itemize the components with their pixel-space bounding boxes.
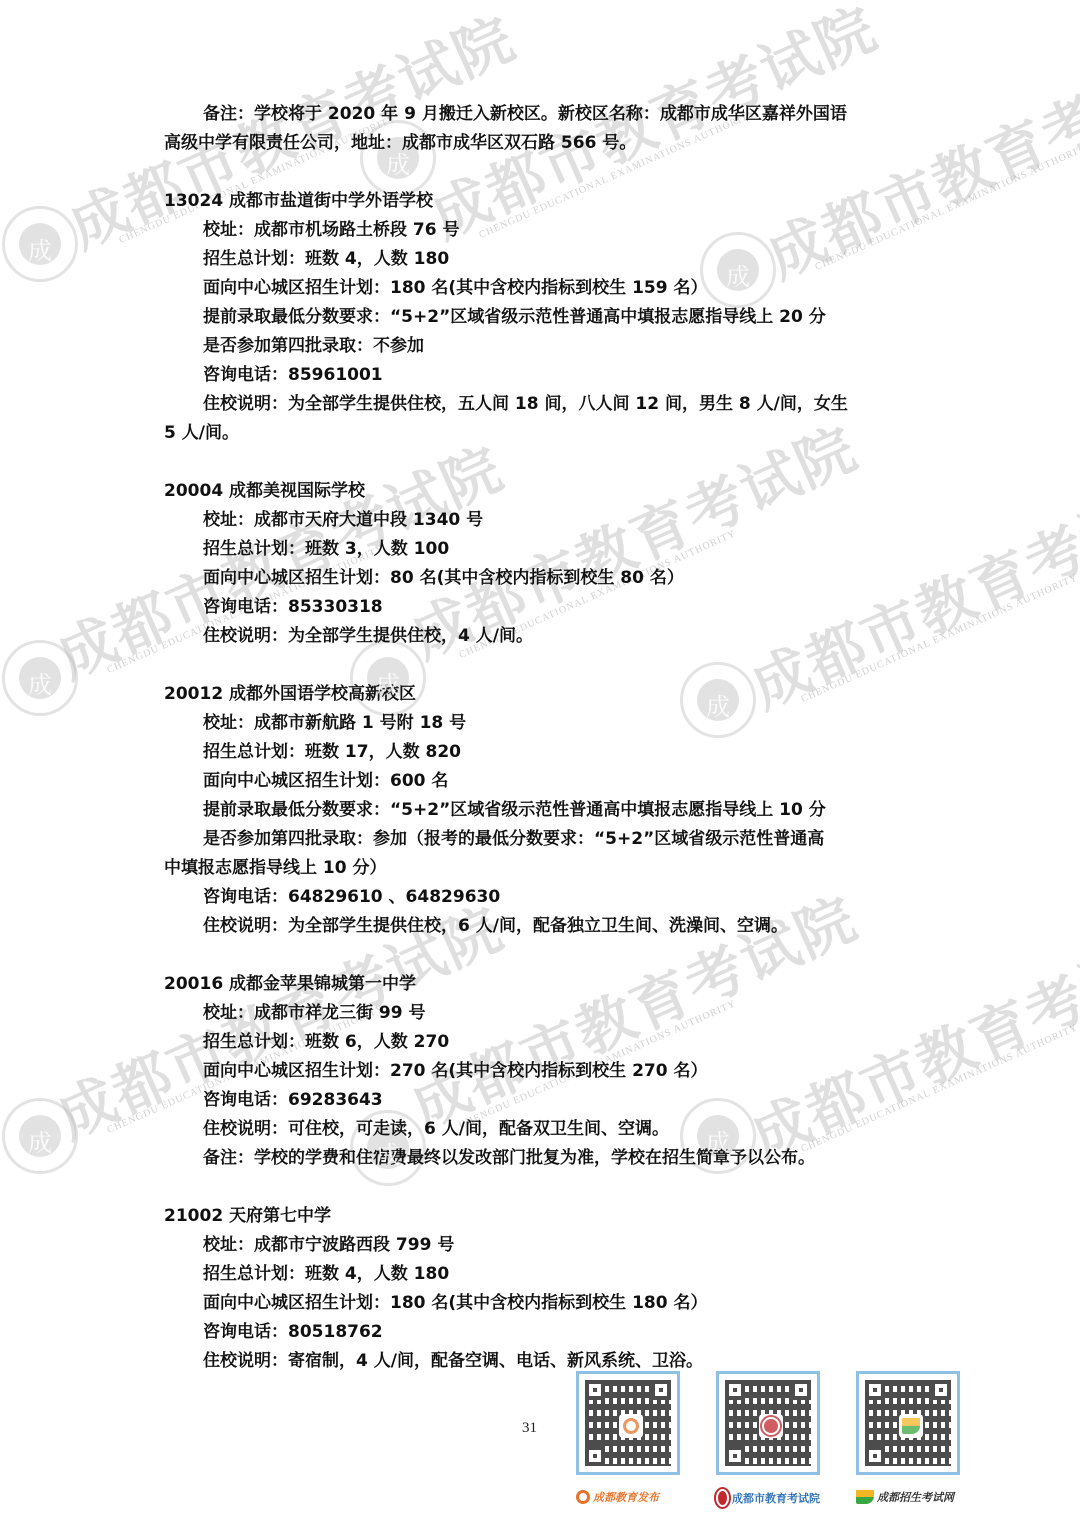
school-fourth-batch-cont: 中填报志愿指导线上 10 分）: [164, 854, 904, 883]
sun-logo-icon: [576, 1490, 590, 1504]
sun-logo-icon: [623, 1418, 639, 1434]
qr-code-admission-site[interactable]: 成都招生考试网: [856, 1371, 960, 1505]
school-heading: 20016 成都金苹果锦城第一中学: [164, 970, 904, 999]
school-phone: 咨询电话：64829610 、64829630: [164, 883, 904, 912]
school-phone: 咨询电话：80518762: [164, 1318, 904, 1347]
qr-label: 成都教育发布: [576, 1489, 680, 1505]
school-entry: 20012 成都外国语学校高新校区 校址：成都市新航路 1 号附 18 号 招生…: [164, 680, 904, 941]
qr-code-icon: [716, 1371, 820, 1475]
school-central-plan: 面向中心城区招生计划：270 名(其中含校内指标到校生 270 名）: [164, 1057, 904, 1086]
school-entry: 21002 天府第七中学 校址：成都市宁波路西段 799 号 招生总计划：班数 …: [164, 1202, 904, 1376]
school-central-plan: 面向中心城区招生计划：80 名(其中含校内指标到校生 80 名）: [164, 564, 904, 593]
seal-logo-icon: [716, 1489, 729, 1507]
school-heading: 20012 成都外国语学校高新校区: [164, 680, 904, 709]
qr-code-chengdu-education[interactable]: 成都教育发布: [576, 1371, 680, 1505]
school-boarding: 住校说明：可住校，可走读，6 人/间，配备双卫生间、空调。: [164, 1115, 904, 1144]
admission-logo-icon: [856, 1490, 874, 1504]
school-fourth-batch: 是否参加第四批录取：不参加: [164, 332, 904, 361]
school-phone: 咨询电话：85330318: [164, 593, 904, 622]
school-central-plan: 面向中心城区招生计划：180 名(其中含校内指标到校生 180 名）: [164, 1289, 904, 1318]
page-number: 31: [522, 1420, 537, 1437]
school-address: 校址：成都市机场路土桥段 76 号: [164, 216, 904, 245]
qr-code-icon: [576, 1371, 680, 1475]
school-early-admission: 提前录取最低分数要求：“5+2”区域省级示范性普通高中填报志愿指导线上 10 分: [164, 796, 904, 825]
school-total-plan: 招生总计划：班数 17，人数 820: [164, 738, 904, 767]
school-address: 校址：成都市宁波路西段 799 号: [164, 1231, 904, 1260]
qr-code-exam-authority[interactable]: 成都市教育考试院: [716, 1371, 820, 1507]
school-heading: 13024 成都市盐道街中学外语学校: [164, 187, 904, 216]
school-boarding: 住校说明：为全部学生提供住校，4 人/间。: [164, 622, 904, 651]
school-phone: 咨询电话：69283643: [164, 1086, 904, 1115]
qr-label: 成都招生考试网: [856, 1489, 960, 1505]
school-entry: 20016 成都金苹果锦城第一中学 校址：成都市祥龙三街 99 号 招生总计划：…: [164, 970, 904, 1173]
school-central-plan: 面向中心城区招生计划：180 名(其中含校内指标到校生 159 名）: [164, 274, 904, 303]
intro-note: 备注：学校将于 2020 年 9 月搬迁入新校区。新校区名称：成都市成华区嘉祥外…: [164, 100, 904, 158]
school-boarding: 住校说明：为全部学生提供住校，6 人/间，配备独立卫生间、洗澡间、空调。: [164, 912, 904, 941]
school-phone: 咨询电话：85961001: [164, 361, 904, 390]
qr-label: 成都市教育考试院: [716, 1489, 820, 1507]
school-early-admission: 提前录取最低分数要求：“5+2”区域省级示范性普通高中填报志愿指导线上 20 分: [164, 303, 904, 332]
school-total-plan: 招生总计划：班数 4，人数 180: [164, 245, 904, 274]
school-heading: 21002 天府第七中学: [164, 1202, 904, 1231]
qr-code-icon: [856, 1371, 960, 1475]
school-central-plan: 面向中心城区招生计划：600 名: [164, 767, 904, 796]
document-body: 备注：学校将于 2020 年 9 月搬迁入新校区。新校区名称：成都市成华区嘉祥外…: [164, 100, 904, 1376]
school-total-plan: 招生总计划：班数 4，人数 180: [164, 1260, 904, 1289]
school-address: 校址：成都市新航路 1 号附 18 号: [164, 709, 904, 738]
note-line: 备注：学校将于 2020 年 9 月搬迁入新校区。新校区名称：成都市成华区嘉祥外…: [164, 100, 904, 129]
school-total-plan: 招生总计划：班数 3，人数 100: [164, 535, 904, 564]
school-address: 校址：成都市天府大道中段 1340 号: [164, 506, 904, 535]
school-entry: 13024 成都市盐道街中学外语学校 校址：成都市机场路土桥段 76 号 招生总…: [164, 187, 904, 448]
school-boarding: 住校说明：为全部学生提供住校，五人间 18 间，八人间 12 间，男生 8 人/…: [164, 390, 904, 419]
school-entry: 20004 成都美视国际学校 校址：成都市天府大道中段 1340 号 招生总计划…: [164, 477, 904, 651]
school-heading: 20004 成都美视国际学校: [164, 477, 904, 506]
note-line: 高级中学有限责任公司，地址：成都市成华区双石路 566 号。: [164, 129, 904, 158]
school-boarding-cont: 5 人/间。: [164, 419, 904, 448]
school-fourth-batch: 是否参加第四批录取：参加（报考的最低分数要求：“5+2”区域省级示范性普通高: [164, 825, 904, 854]
school-total-plan: 招生总计划：班数 6，人数 270: [164, 1028, 904, 1057]
school-address: 校址：成都市祥龙三街 99 号: [164, 999, 904, 1028]
admission-logo-icon: [902, 1418, 920, 1434]
school-note: 备注：学校的学费和住宿费最终以发改部门批复为准，学校在招生简章予以公布。: [164, 1144, 904, 1173]
seal-logo-icon: [762, 1417, 780, 1435]
